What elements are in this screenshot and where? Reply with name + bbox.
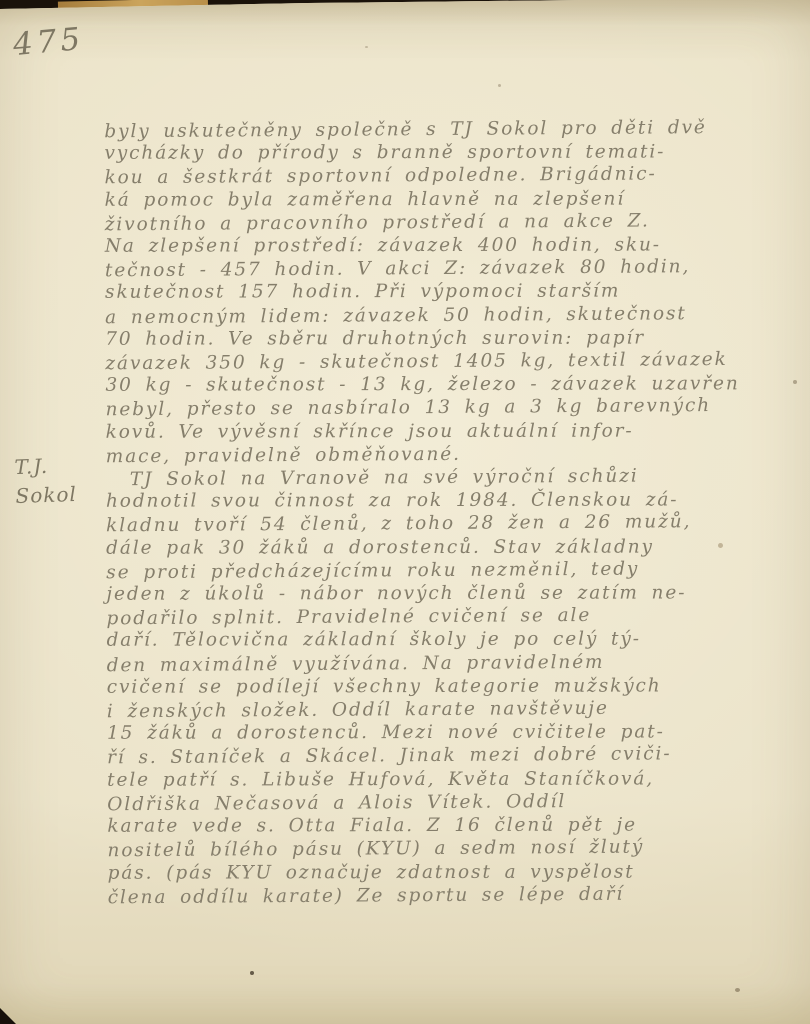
text-line: kladnu tvoří 54 členů, z toho 28 žen a 2… [106,510,766,538]
paper-speck [793,380,797,384]
text-line: kou a šestkrát sportovní odpoledne. Brig… [104,162,764,190]
handwritten-text-block: byly uskutečněny společně s TJ Sokol pro… [104,117,767,909]
text-line: den maximálně využívána. Na pravidelném [107,649,767,677]
text-line: pás. (pás KYU označuje zdatnost a vyspěl… [108,860,768,885]
text-line: cvičení se podílejí všechny kategorie mu… [107,674,767,699]
text-line: tele patří s. Libuše Hufová, Květa Staní… [107,767,767,792]
scanned-chronicle-page: 475 T.J. Sokol byly uskutečněny společně… [0,0,810,1024]
text-line: závazek 350 kg - skutečnost 1405 kg, tex… [105,348,765,376]
text-line: byly uskutečněny společně s TJ Sokol pro… [104,116,764,144]
text-line: dále pak 30 žáků a dorostenců. Stav zákl… [106,535,766,560]
text-line: skutečnost 157 hodin. Při výpomoci starš… [105,280,765,305]
paper-speck [718,543,723,548]
text-line: i ženských složek. Oddíl karate navštěvu… [107,696,767,724]
text-line: 70 hodin. Ve sběru druhotných surovin: p… [105,326,765,351]
text-line: životního a pracovního prostředí a na ak… [105,209,765,237]
text-line: ří s. Staníček a Skácel. Jinak mezi dobr… [107,742,767,770]
text-line: kovů. Ve vývěsní skřínce jsou aktuální i… [106,419,766,444]
text-line: nositelů bílého pásu (KYU) a sedm nosí ž… [107,835,767,863]
page-number: 475 [12,21,86,63]
text-line: a nemocným lidem: závazek 50 hodin, skut… [105,301,765,329]
text-line: nebyl, přesto se nasbíralo 13 kg a 3 kg … [105,394,765,422]
paper-sheet: 475 T.J. Sokol byly uskutečněny společně… [0,0,810,1024]
text-line: TJ Sokol na Vranově na své výroční schůz… [106,464,766,492]
text-line: jeden z úkolů - nábor nových členů se za… [106,581,766,606]
margin-note-line2: Sokol [15,480,77,511]
text-line: ká pomoc byla zaměřena hlavně na zlepšen… [105,187,765,212]
paragraph: TJ Sokol na Vranově na své výroční schůz… [106,465,768,909]
paper-speck [365,46,368,48]
margin-note-line1: T.J. [14,451,76,482]
text-line: daří. Tělocvična základní školy je po ce… [107,628,767,653]
text-line: karate vede s. Otta Fiala. Z 16 členů pě… [107,813,767,838]
text-line: Oldřiška Nečasová a Alois Vítek. Oddíl [107,789,767,817]
margin-note: T.J. Sokol [14,451,77,511]
text-line: Na zlepšení prostředí: závazek 400 hodin… [105,233,765,258]
text-line: se proti předcházejícímu roku nezměnil, … [106,557,766,585]
paragraph: byly uskutečněny společně s TJ Sokol pro… [104,117,766,468]
text-line: člena oddílu karate) Ze sportu se lépe d… [108,881,768,909]
paper-speck [250,971,254,975]
paper-speck [498,84,501,87]
paper-speck [735,988,740,992]
